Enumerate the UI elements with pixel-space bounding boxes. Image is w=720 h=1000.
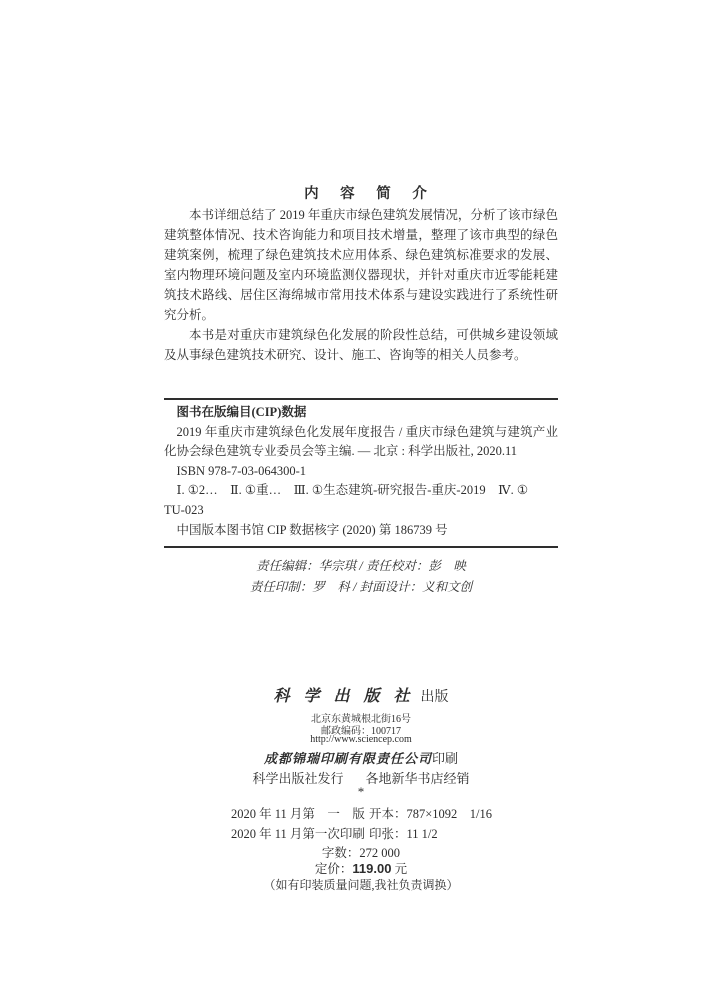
divider-top [164, 398, 558, 400]
separator-star: * [164, 784, 558, 800]
abstract-paragraph-2: 本书是对重庆市建筑绿色化发展的阶段性总结，可供城乡建设领域及从事绿色建筑技术研究… [164, 325, 558, 365]
publisher-name: 科 学 出 版 社 [273, 688, 414, 705]
abstract-title: 内 容 简 介 [164, 182, 567, 203]
divider-bottom [164, 546, 558, 548]
book-copyright-page: 内 容 简 介 本书详细总结了 2019 年重庆市绿色建筑发展情况，分析了该市绿… [0, 0, 720, 1000]
publisher-website: http://www.sciencep.com [164, 734, 558, 745]
publisher-line: 科 学 出 版 社 出版 [164, 683, 558, 706]
cip-classification-line1: Ⅰ. ①2… Ⅱ. ①重… Ⅲ. ①生态建筑-研究报告-重庆-2019 Ⅳ. ① [164, 481, 558, 501]
printer-role: 印刷 [432, 751, 458, 766]
price-label: 定价： [315, 862, 353, 876]
cip-isbn: ISBN 978-7-03-064300-1 [164, 462, 558, 482]
quality-note: （如有印装质量问题,我社负责调换） [164, 876, 568, 893]
cip-header: 图书在版编目(CIP)数据 [164, 403, 558, 423]
abstract-paragraph-1: 本书详细总结了 2019 年重庆市绿色建筑发展情况，分析了该市绿色建筑整体情况、… [164, 205, 558, 325]
printer-line: 成都锦瑞印刷有限责任公司印刷 [164, 748, 558, 767]
cip-classification-line2: TU-023 [164, 501, 558, 521]
price-line: 定价：119.00 元 [164, 859, 572, 877]
staff-credits: 责任编辑：华宗琪 / 责任校对：彭 映 责任印制：罗 科 / 封面设计：义和文创 [164, 556, 558, 598]
printer-name: 成都锦瑞印刷有限责任公司 [264, 751, 432, 766]
print-sheets: 印张：11 1/2 [369, 824, 438, 842]
edition-row: 2020 年 11 月第 一 版 开本：787×1092 1/16 [164, 804, 558, 824]
staff-editors-line: 责任编辑：华宗琪 / 责任校对：彭 映 [164, 556, 558, 577]
print-date: 2020 年 11 月第一次印刷 [231, 824, 365, 842]
publisher-role: 出版 [421, 690, 449, 705]
staff-printing-line: 责任印制：罗 科 / 封面设计：义和文创 [164, 577, 558, 598]
cip-record-number: 中国版本图书馆 CIP 数据核字 (2020) 第 186739 号 [164, 520, 558, 538]
book-format: 开本：787×1092 1/16 [369, 804, 492, 822]
printing-row: 2020 年 11 月第一次印刷 印张：11 1/2 [164, 824, 558, 844]
cip-entry: 2019 年重庆市建筑绿色化发展年度报告 / 重庆市绿色建筑与建筑产业化协会绿色… [164, 423, 558, 462]
price-unit: 元 [391, 862, 407, 876]
edition-date: 2020 年 11 月第 一 版 [231, 804, 365, 822]
price-value: 119.00 [352, 861, 391, 876]
abstract-body: 本书详细总结了 2019 年重庆市绿色建筑发展情况，分析了该市绿色建筑整体情况、… [164, 205, 558, 365]
cip-block: 图书在版编目(CIP)数据 2019 年重庆市建筑绿色化发展年度报告 / 重庆市… [164, 403, 558, 520]
